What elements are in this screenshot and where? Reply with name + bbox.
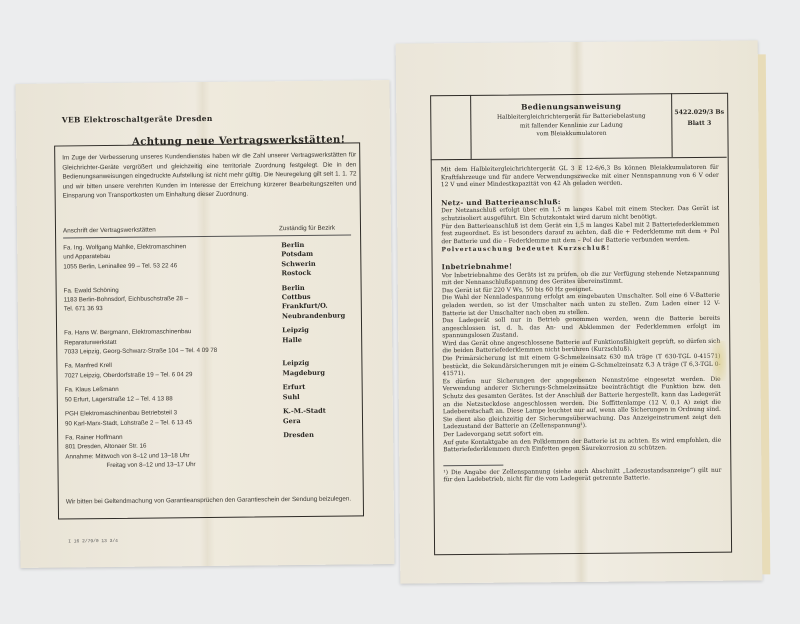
company-name: VEB Elektroschaltgeräte Dresden xyxy=(62,114,213,125)
column-header-district: Zuständig für Bezirk xyxy=(279,225,335,233)
notice-heading: Achtung neue Vertragswerkstätten! xyxy=(132,135,345,148)
sheet-number: Blatt 3 xyxy=(672,118,726,129)
operating-instructions-sheet: Bedienungsanweisung Halbleitergleichrich… xyxy=(396,40,763,583)
instructions-subtitle: Halbleitergleichrichtergerät für Batteri… xyxy=(471,112,671,139)
workshop-entry: Fa. Hans W. Bergmann, Elektromaschinenba… xyxy=(64,326,354,357)
instructions-title: Bedienungsanweisung xyxy=(471,101,671,112)
workshop-entry: PGH Elektromaschinenbau Betriebsteil 390… xyxy=(65,407,355,429)
workshop-entry: Fa. Ewald Schöning1183 Berlin-Bohnsdorf,… xyxy=(64,283,354,324)
workshop-districts: BerlinCottbusFrankfurt/O.Neubrandenburg xyxy=(282,283,354,321)
header-blank-cell xyxy=(430,95,472,159)
workshop-address: Fa. Ing. Wolfgang Mahlke, Elektromaschin… xyxy=(63,241,263,281)
column-header-address: Anschrift der Vertragswerkstätten xyxy=(63,227,156,235)
stain xyxy=(712,341,726,381)
workshop-address: Fa. Hans W. Bergmann, Elektromaschinenba… xyxy=(64,327,264,357)
section-paragraph: Es dürfen nur Sicherungen der angegebene… xyxy=(443,377,721,433)
instructions-header: Bedienungsanweisung Halbleitergleichrich… xyxy=(430,93,727,161)
workshop-entry: Fa. Manfred Krell7027 Leipzig, Oberdorfs… xyxy=(64,359,354,381)
underlying-page-edge xyxy=(758,54,771,574)
workshop-districts: LeipzigHalle xyxy=(282,326,354,355)
workshop-districts: BerlinPotsdamSchwerinRostock xyxy=(281,240,353,278)
workshop-address: Fa. Ewald Schöning1183 Berlin-Bohnsdorf,… xyxy=(64,284,264,324)
workshop-entry: Fa. Klaus Leßmann50 Erfurt, Lagerstraße … xyxy=(65,383,355,405)
footnote: ¹) Die Angabe der Zellenspannung (siehe … xyxy=(443,468,721,486)
warning-text: Polvertauschung bedeutet Kurzschluß! xyxy=(441,244,719,254)
doc-number: 5422.029/3 Bs xyxy=(672,107,726,118)
workshop-address: PGH Elektromaschinenbau Betriebsteil 390… xyxy=(65,407,265,428)
workshop-districts: K.-M.-StadtGera xyxy=(283,407,355,427)
section-paragraph: Für den Batterieanschluß ist dem Gerät e… xyxy=(441,221,719,246)
footnote-rule xyxy=(443,464,503,466)
workshop-address: Fa. Rainer Hoffmann801 Dresden, Altonaer… xyxy=(65,431,265,471)
section-heading: Inbetriebnahme! xyxy=(442,261,720,271)
header-doc-cell: 5422.029/3 Bs Blatt 3 xyxy=(672,93,727,157)
workshop-districts: LeipzigMagdeburg xyxy=(282,359,354,379)
workshop-districts: Dresden xyxy=(283,430,355,468)
contract-workshops-notice: VEB Elektroschaltgeräte Dresden Achtung … xyxy=(15,80,394,568)
section-paragraph: Das Ladegerät soll nur in Betrieb genomm… xyxy=(442,316,720,341)
section-paragraph: Die Primärsicherung ist mit einem G-Schm… xyxy=(442,354,720,379)
section-heading: Netz- und Batterieanschluß: xyxy=(441,197,719,207)
workshop-districts: ErfurtSuhl xyxy=(283,383,355,403)
workshop-entry: Fa. Ing. Wolfgang Mahlke, Elektromaschin… xyxy=(63,240,353,281)
workshop-address: Fa. Klaus Leßmann50 Erfurt, Lagerstraße … xyxy=(65,384,265,405)
section-paragraph: Auf gute Kontaktgabe an den Polklemmen d… xyxy=(443,437,721,455)
instructions-body: Mit dem Halbleitergleichrichtergerät GL … xyxy=(441,165,722,485)
header-title-cell: Bedienungsanweisung Halbleitergleichrich… xyxy=(471,93,673,159)
instructions-intro: Mit dem Halbleitergleichrichtergerät GL … xyxy=(441,165,719,190)
workshop-address: Fa. Manfred Krell7027 Leipzig, Oberdorfs… xyxy=(64,360,264,381)
section-paragraph: Die Wahl der Nennladespannung erfolgt am… xyxy=(442,293,720,318)
workshop-list: Fa. Ing. Wolfgang Mahlke, Elektromaschin… xyxy=(63,240,355,476)
notice-intro: Im Zuge der Verbesserung unseres Kundend… xyxy=(62,150,356,201)
workshop-entry: Fa. Rainer Hoffmann801 Dresden, Altonaer… xyxy=(65,430,355,471)
print-code: I 16 2/79/0 13 3/4 xyxy=(68,539,118,545)
